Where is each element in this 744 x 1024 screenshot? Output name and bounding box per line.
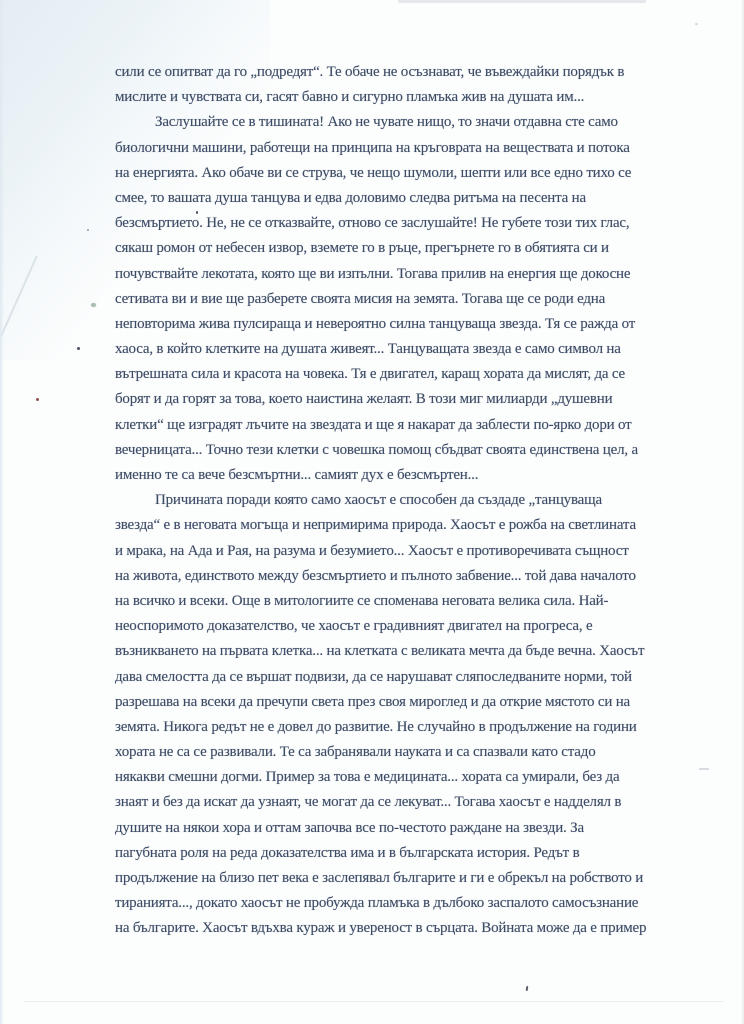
text-line: на енергията. Ако обаче ви се струва, че…	[115, 161, 700, 186]
text-line: мислите и чувствата си, гасят бавно и си…	[115, 85, 700, 110]
scan-speck	[77, 347, 80, 350]
text-line: душите на някои хора и оттам започва все…	[115, 816, 700, 841]
scan-edge-top-smudge	[398, 0, 646, 3]
text-line: на живота, единството между безсмъртието…	[115, 564, 700, 589]
scan-dash-mark	[699, 768, 709, 770]
text-line: звезда“ е в неговата могъща и непримирим…	[115, 513, 700, 538]
text-line: именно те са вече безсмъртни... самият д…	[115, 463, 700, 488]
text-line: земята. Никога редът не е довел до разви…	[115, 715, 700, 740]
scan-speck	[36, 398, 39, 401]
scan-speck	[87, 229, 89, 231]
text-line: сетивата ви и вие ще разберете своята ми…	[115, 287, 700, 312]
text-line: възникването на първата клетка... на кле…	[115, 639, 700, 664]
essay-text-block: сили се опитват да го „подредят“. Те оба…	[115, 60, 700, 942]
text-line: клетки“ ще изградят лъчите на звездата и…	[115, 413, 700, 438]
scan-edge-left	[0, 0, 4, 1024]
text-line: дава смелостта да се вършат подвизи, да …	[115, 665, 700, 690]
text-line: неоспоримото доказателство, че хаосът е …	[115, 614, 700, 639]
scan-edge-bottom	[24, 1001, 724, 1002]
scanned-page: сили се опитват да го „подредят“. Те оба…	[0, 0, 744, 1024]
text-line: Заслушайте се в тишината! Ако не чувате …	[115, 110, 700, 135]
text-line: безсмъртието. Не, не се отказвайте, отно…	[115, 211, 700, 236]
text-line: на българите. Хаосът вдъхва кураж и увер…	[115, 916, 700, 941]
text-line: знаят и без да искат да узнаят, че могат…	[115, 790, 700, 815]
scan-fold-line	[0, 255, 38, 336]
text-line: Причината поради която само хаосът е спо…	[115, 488, 700, 513]
text-line: и мрака, на Ада и Рая, на разума и безум…	[115, 539, 700, 564]
text-line: биологични машини, работещи на принципа …	[115, 136, 700, 161]
scan-speck	[695, 23, 698, 25]
text-line: продължение на близо пет века е заслепяв…	[115, 866, 700, 891]
text-line: вътрешната сила и красота на човека. Тя …	[115, 362, 700, 387]
text-line: неповторима жива пулсираща и невероятно …	[115, 312, 700, 337]
text-line: сякаш ромон от небесен извор, вземете го…	[115, 236, 700, 261]
text-line: вечерницата... Точно тези клетки с човеш…	[115, 438, 700, 463]
text-line: пагубната роля на реда доказателства има…	[115, 841, 700, 866]
text-line: разрешава на всеки да пречупи света през…	[115, 690, 700, 715]
text-line: тиранията..., докато хаосът не пробужда …	[115, 891, 700, 916]
text-line: сили се опитват да го „подредят“. Те оба…	[115, 60, 700, 85]
text-line: хората не са се развивали. Те са забраня…	[115, 740, 700, 765]
text-line: смее, то вашата душа танцува и едва доло…	[115, 186, 700, 211]
text-line: почувствайте лекотата, която ще ви изпъл…	[115, 262, 700, 287]
text-line: на всичко и всеки. Още в митологиите се …	[115, 589, 700, 614]
text-line: борят и да горят за това, което наистина…	[115, 387, 700, 412]
scan-speck	[91, 303, 96, 307]
text-line: някакви смешни догми. Пример за това е м…	[115, 765, 700, 790]
scan-tick-mark	[526, 986, 529, 991]
text-line: хаоса, в който клетките на душата живеят…	[115, 337, 700, 362]
